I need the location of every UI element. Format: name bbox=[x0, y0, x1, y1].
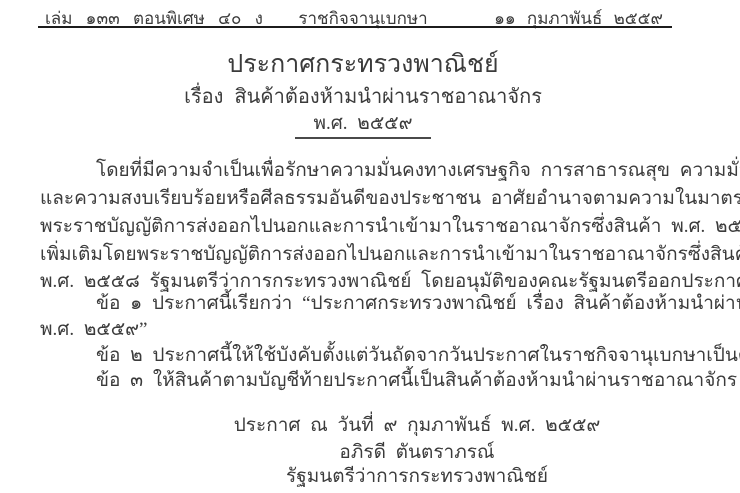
announcement-year: พ.ศ. ๒๕๕๙ bbox=[0, 108, 726, 138]
body-line: และความสงบเรียบร้อยหรือศีลธรรมอันดีของปร… bbox=[40, 183, 700, 213]
gazette-page: เล่ม ๑๓๓ ตอนพิเศษ ๔๐ ง ราชกิจจานุเบกษา ๑… bbox=[0, 0, 740, 493]
body-line: เพิ่มเติมโดยพระราชบัญญัติการส่งออกไปนอกแ… bbox=[40, 239, 700, 269]
gazette-header: เล่ม ๑๓๓ ตอนพิเศษ ๔๐ ง ราชกิจจานุเบกษา ๑… bbox=[0, 5, 740, 27]
body-line: พระราชบัญญัติการส่งออกไปนอกและการนำเข้าม… bbox=[40, 211, 700, 241]
signer-title: รัฐมนตรีว่าการกระทรวงพาณิชย์ bbox=[132, 461, 702, 491]
header-rule bbox=[38, 26, 672, 28]
title-divider bbox=[295, 137, 431, 139]
body-line-clause-3: ข้อ ๓ ให้สินค้าตามบัญชีท้ายประกาศนี้เป็น… bbox=[40, 365, 740, 395]
body-line: โดยที่มีความจำเป็นเพื่อรักษาความมั่นคงทา… bbox=[40, 155, 740, 185]
signature-date: ประกาศ ณ วันที่ ๙ กุมภาพันธ์ พ.ศ. ๒๕๕๙ bbox=[132, 410, 702, 440]
announcement-title: ประกาศกระทรวงพาณิชย์ bbox=[0, 44, 726, 84]
